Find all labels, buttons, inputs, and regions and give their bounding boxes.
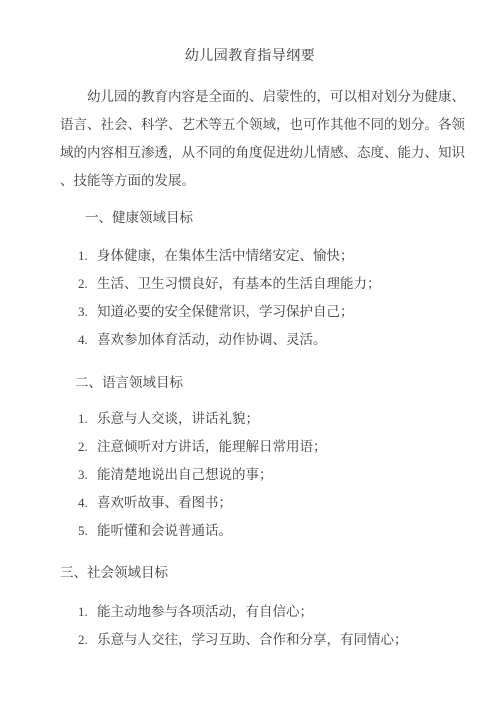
intro-line-4: 、技能等方面的发展。 bbox=[60, 167, 450, 195]
section-health-list: 1. 身体健康，在集体生活中情绪安定、愉快； 2. 生活、卫生习惯良好，有基本的… bbox=[60, 242, 450, 354]
list-item: 5. 能听懂和会说普通话。 bbox=[78, 517, 450, 545]
item-text: 喜欢参加体育活动，动作协调、灵活。 bbox=[97, 326, 327, 354]
item-number: 3. bbox=[78, 461, 97, 489]
section-language-heading: 二、语言领域目标 bbox=[75, 369, 450, 397]
item-number: 2. bbox=[78, 626, 97, 654]
item-text: 乐意与人交往，学习互助、合作和分享，有同情心； bbox=[97, 626, 408, 654]
item-number: 5. bbox=[78, 517, 97, 545]
intro-line-1: 幼儿园的教育内容是全面的、启蒙性的，可以相对划分为健康、 bbox=[60, 83, 450, 111]
item-text: 身体健康，在集体生活中情绪安定、愉快； bbox=[97, 242, 354, 270]
list-item: 2. 生活、卫生习惯良好，有基本的生活自理能力； bbox=[78, 270, 450, 298]
item-number: 2. bbox=[78, 433, 97, 461]
item-text: 注意倾听对方讲话，能理解日常用语； bbox=[97, 433, 327, 461]
section-social-heading: 三、社会领域目标 bbox=[60, 559, 450, 587]
item-text: 能主动地参与各项活动，有自信心； bbox=[97, 598, 313, 626]
item-text: 能听懂和会说普通话。 bbox=[97, 517, 232, 545]
document-page: 幼儿园教育指导纲要 幼儿园的教育内容是全面的、启蒙性的，可以相对划分为健康、 语… bbox=[0, 0, 500, 707]
section-social: 三、社会领域目标 1. 能主动地参与各项活动，有自信心； 2. 乐意与人交往，学… bbox=[60, 559, 450, 654]
list-item: 2. 乐意与人交往，学习互助、合作和分享，有同情心； bbox=[78, 626, 450, 654]
item-number: 2. bbox=[78, 270, 97, 298]
item-text: 喜欢听故事、看图书； bbox=[97, 489, 232, 517]
item-text: 乐意与人交谈，讲话礼貌； bbox=[97, 405, 259, 433]
item-text: 知道必要的安全保健常识，学习保护自己； bbox=[97, 298, 354, 326]
item-text: 生活、卫生习惯良好，有基本的生活自理能力； bbox=[97, 270, 381, 298]
intro-paragraph: 幼儿园的教育内容是全面的、启蒙性的，可以相对划分为健康、 语言、社会、科学、艺术… bbox=[60, 83, 450, 195]
document-title: 幼儿园教育指导纲要 bbox=[0, 41, 500, 69]
list-item: 4. 喜欢听故事、看图书； bbox=[78, 489, 450, 517]
section-language-list: 1. 乐意与人交谈，讲话礼貌； 2. 注意倾听对方讲话，能理解日常用语； 3. … bbox=[60, 405, 450, 545]
list-item: 4. 喜欢参加体育活动，动作协调、灵活。 bbox=[78, 326, 450, 354]
section-social-list: 1. 能主动地参与各项活动，有自信心； 2. 乐意与人交往，学习互助、合作和分享… bbox=[60, 598, 450, 654]
item-number: 4. bbox=[78, 326, 97, 354]
intro-line-3: 域的内容相互渗透，从不同的角度促进幼儿情感、态度、能力、知识 bbox=[60, 139, 450, 167]
list-item: 3. 能清楚地说出自己想说的事； bbox=[78, 461, 450, 489]
list-item: 3. 知道必要的安全保健常识，学习保护自己； bbox=[78, 298, 450, 326]
item-text: 能清楚地说出自己想说的事； bbox=[97, 461, 273, 489]
intro-line-2: 语言、社会、科学、艺术等五个领域，也可作其他不同的划分。各领 bbox=[60, 111, 450, 139]
section-language: 二、语言领域目标 1. 乐意与人交谈，讲话礼貌； 2. 注意倾听对方讲话，能理解… bbox=[60, 369, 450, 545]
list-item: 1. 乐意与人交谈，讲话礼貌； bbox=[78, 405, 450, 433]
list-item: 2. 注意倾听对方讲话，能理解日常用语； bbox=[78, 433, 450, 461]
section-health: 一、健康领域目标 1. 身体健康，在集体生活中情绪安定、愉快； 2. 生活、卫生… bbox=[60, 204, 450, 354]
list-item: 1. 身体健康，在集体生活中情绪安定、愉快； bbox=[78, 242, 450, 270]
item-number: 1. bbox=[78, 242, 97, 270]
list-item: 1. 能主动地参与各项活动，有自信心； bbox=[78, 598, 450, 626]
item-number: 1. bbox=[78, 405, 97, 433]
section-health-heading: 一、健康领域目标 bbox=[85, 204, 450, 232]
item-number: 4. bbox=[78, 489, 97, 517]
item-number: 1. bbox=[78, 598, 97, 626]
item-number: 3. bbox=[78, 298, 97, 326]
